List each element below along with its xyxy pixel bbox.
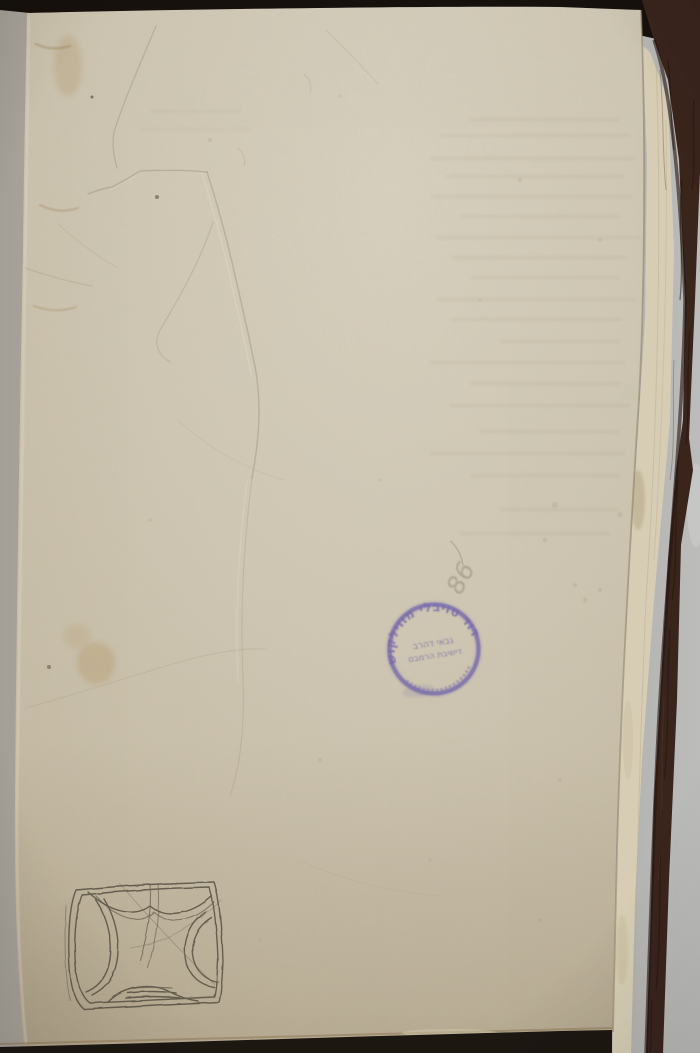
photo-vignette bbox=[0, 0, 700, 1053]
photograph-of-book-page: (illegible small lettering) דוד טויבלי מ… bbox=[0, 0, 700, 1053]
photo-canvas: (illegible small lettering) דוד טויבלי מ… bbox=[0, 0, 700, 1053]
